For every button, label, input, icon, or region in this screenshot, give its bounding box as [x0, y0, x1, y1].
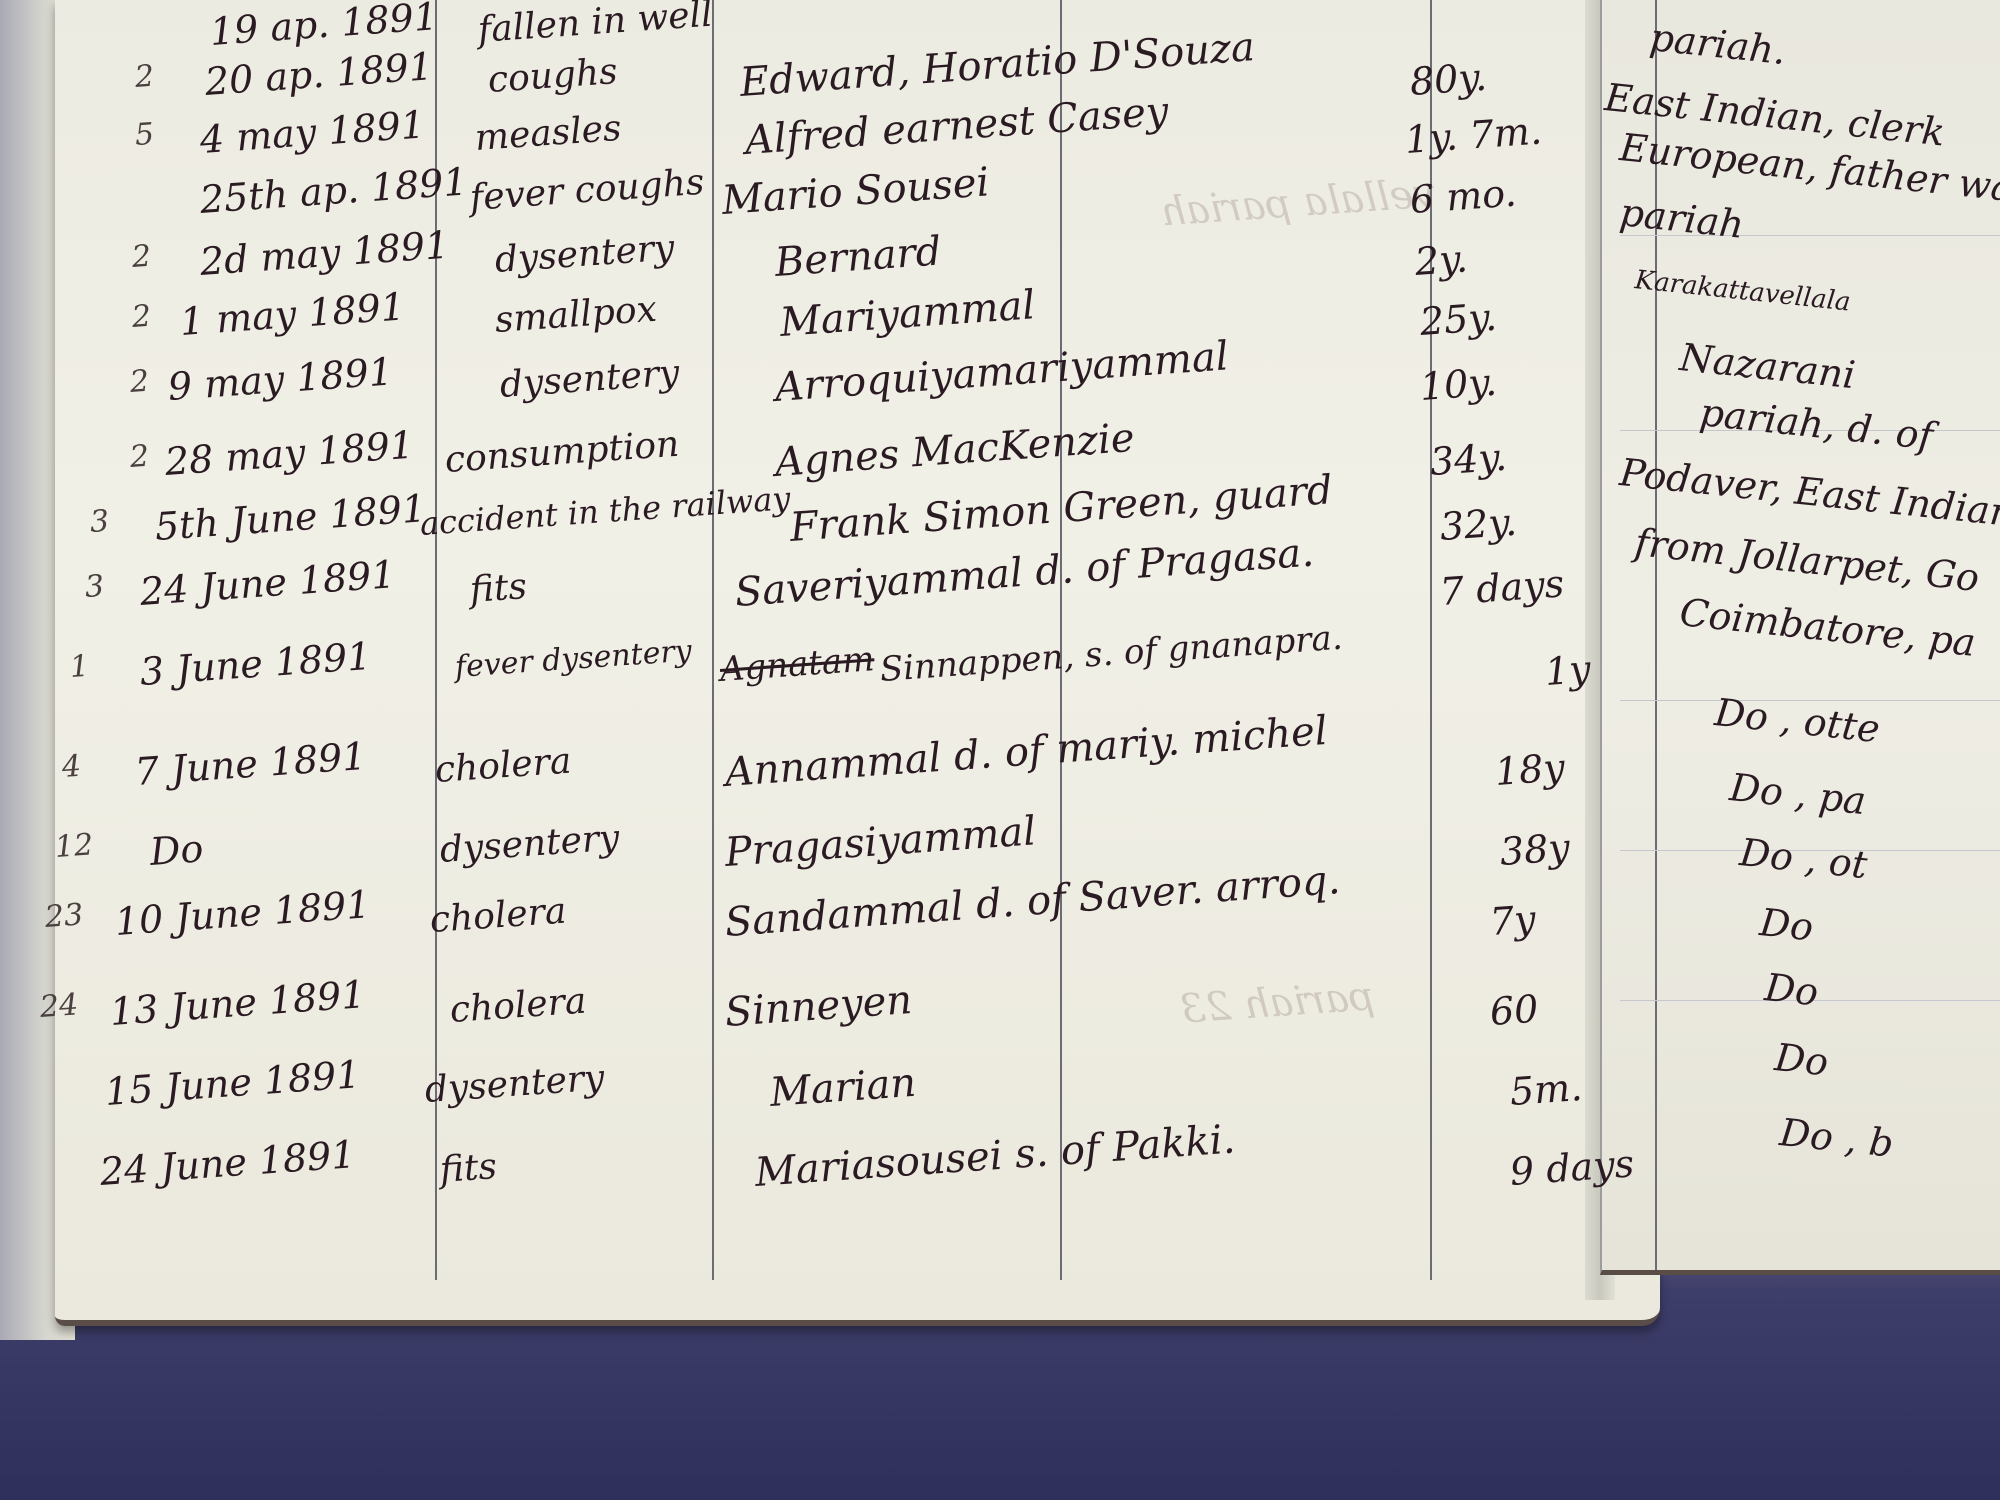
- entry-cause: measles: [474, 108, 623, 159]
- entry-age: 80y.: [1408, 55, 1488, 104]
- entry-age: 25y.: [1418, 295, 1498, 344]
- entry-number: 2: [131, 239, 152, 275]
- register-row: 2 2d may 1891 dysentery Bernard 2y.: [0, 240, 1600, 302]
- entry-number: 2: [129, 364, 150, 400]
- register-row: 1 3 June 1891 fever dysentery Agnatam Si…: [0, 650, 1600, 712]
- entry-cause: fits: [469, 566, 529, 611]
- entry-age: 7 days: [1438, 561, 1565, 614]
- entry-number: 23: [44, 897, 85, 935]
- remark-text: Do: [1763, 965, 1821, 1014]
- entry-name: Marian: [768, 1060, 917, 1116]
- column-rule-remarks: [1655, 0, 1657, 1270]
- entry-cause: coughs: [487, 51, 619, 101]
- register-row: 25th ap. 1891 fever coughs Mario Sousei …: [0, 178, 1600, 240]
- entry-number: 3: [89, 504, 110, 540]
- entry-cause: cholera: [449, 981, 588, 1031]
- register-row: 2 28 may 1891 consumption Agnes MacKenzi…: [0, 440, 1600, 502]
- entry-number: 4: [61, 749, 82, 785]
- entry-cause: cholera: [429, 891, 568, 941]
- entry-age: 1y. 7m.: [1403, 108, 1543, 161]
- entry-number: 2: [131, 299, 152, 335]
- register-row: 3 24 June 1891 fits Saveriyammal d. of P…: [0, 570, 1600, 632]
- entry-number: 5: [134, 117, 155, 153]
- register-row: 4 7 June 1891 cholera Annammal d. of mar…: [0, 750, 1600, 812]
- register-row: 2 1 may 1891 smallpox Mariyammal 25y.: [0, 300, 1600, 362]
- register-row: 3 5th June 1891 accident in the railway …: [0, 505, 1600, 567]
- register-row: 2 9 may 1891 dysentery Arroquiyamariyamm…: [0, 365, 1600, 427]
- entry-number: 2: [134, 59, 155, 95]
- entry-age: 7y: [1488, 897, 1537, 944]
- entry-number: 2: [129, 439, 150, 475]
- entry-cause: cholera: [434, 741, 573, 791]
- ledger-photo: vellala pariah pariah 23 19 ap. 1891 fal…: [0, 0, 2000, 1500]
- entry-cause: fits: [439, 1146, 499, 1191]
- entry-cause: fallen in well: [477, 0, 714, 51]
- entry-age: 1y: [1543, 647, 1592, 694]
- entry-age: 6 mo.: [1408, 171, 1517, 222]
- entry-age: 10y.: [1418, 360, 1498, 409]
- entry-age: 60: [1488, 987, 1539, 1034]
- entry-number: 24: [39, 987, 80, 1025]
- entry-date: Do: [148, 826, 204, 874]
- entry-age: 5m.: [1508, 1065, 1583, 1114]
- remark-text: Do: [1758, 900, 1816, 949]
- entry-age: 18y: [1493, 745, 1566, 794]
- register-row: 5 4 may 1891 measles Alfred earnest Case…: [0, 118, 1600, 180]
- entry-number: 12: [54, 827, 95, 865]
- entry-age: 38y: [1498, 825, 1571, 874]
- entry-age: 2y.: [1413, 236, 1469, 284]
- register-row: 2 20 ap. 1891 coughs Edward, Horatio D'S…: [0, 60, 1600, 122]
- register-row: 24 June 1891 fits Mariasousei s. of Pakk…: [0, 1150, 1600, 1212]
- entry-number: 3: [84, 569, 105, 605]
- entry-age: 34y.: [1428, 435, 1508, 484]
- register-row: 15 June 1891 dysentery Marian 5m.: [0, 1070, 1600, 1132]
- entry-age: 32y.: [1438, 500, 1518, 549]
- register-row: 24 13 June 1891 cholera Sinneyen 60: [0, 990, 1600, 1052]
- register-row: 12 Do dysentery Pragasiyammal 38y: [0, 830, 1600, 892]
- register-row: 23 10 June 1891 cholera Sandammal d. of …: [0, 900, 1600, 962]
- entry-number: 1: [69, 649, 90, 685]
- entry-age: 9 days: [1508, 1141, 1635, 1194]
- remark-text: Do: [1773, 1035, 1831, 1084]
